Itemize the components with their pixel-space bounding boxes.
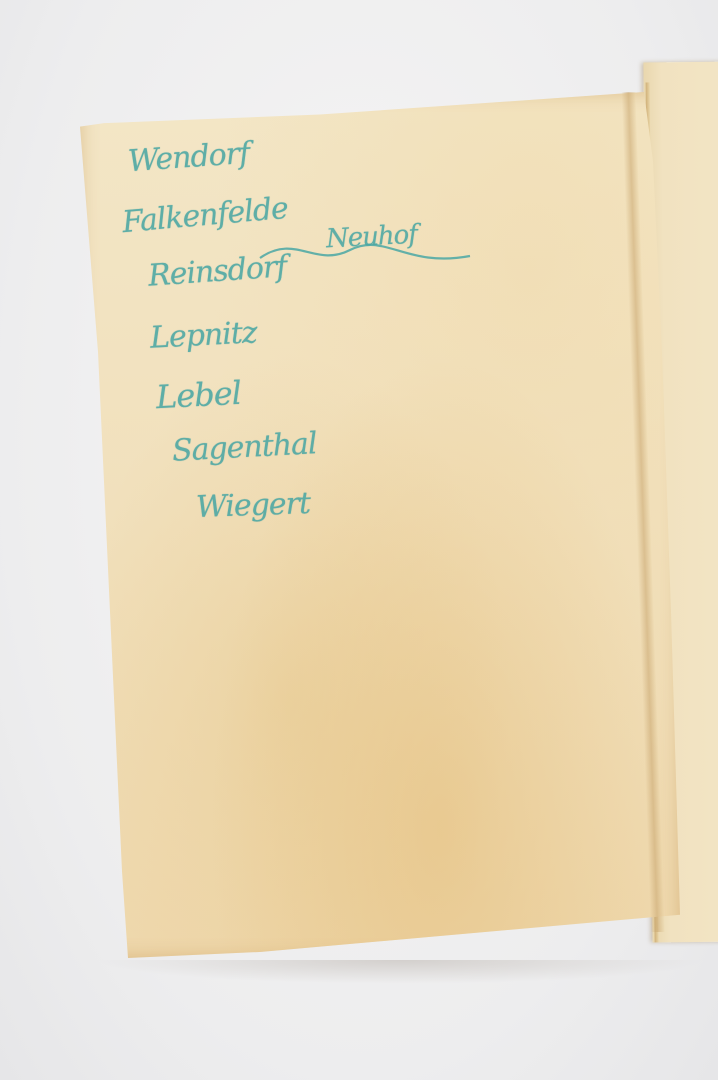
edge-stain — [80, 92, 680, 958]
left-page — [80, 92, 680, 958]
page-shadow — [95, 960, 705, 984]
